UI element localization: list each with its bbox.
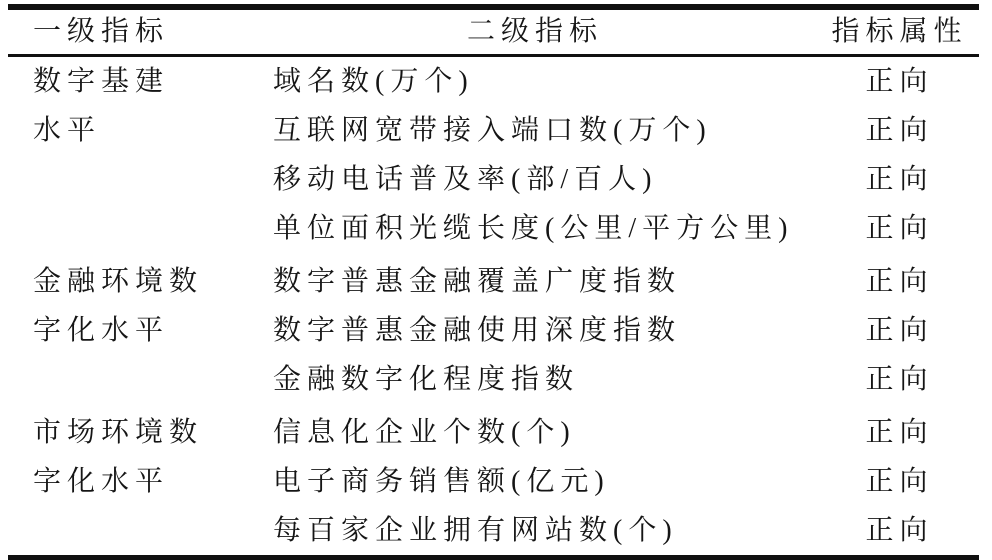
indicator-cell: 信息化企业个数(个) [250,419,820,447]
table-row: 每百家企业拥有网站数(个) 正向 [8,506,979,555]
table-row: 字化水平 电子商务销售额(亿元) 正向 [8,457,979,506]
attribute-cell: 正向 [820,268,979,296]
column-header-level1: 一级指标 [8,18,250,46]
attribute-cell: 正向 [820,166,979,194]
table-header-row: 一级指标 二级指标 指标属性 [8,10,979,54]
level1-cell: 金融环境数 [8,268,250,296]
level1-cell: 市场环境数 [8,419,250,447]
indicator-cell: 单位面积光缆长度(公里/平方公里) [250,215,820,243]
attribute-cell: 正向 [820,317,979,345]
indicator-cell: 电子商务销售额(亿元) [250,468,820,496]
table-row: 移动电话普及率(部/百人) 正向 [8,155,979,204]
table-row: 单位面积光缆长度(公里/平方公里) 正向 [8,204,979,253]
table-body: 数字基建 域名数(万个) 正向 水平 互联网宽带接入端口数(万个) 正向 移动电… [8,57,979,555]
attribute-cell: 正向 [820,468,979,496]
table-row: 字化水平 数字普惠金融使用深度指数 正向 [8,306,979,355]
indicator-cell: 金融数字化程度指数 [250,366,820,394]
column-header-level2: 二级指标 [250,18,820,46]
attribute-cell: 正向 [820,215,979,243]
level1-cell: 水平 [8,117,250,145]
indicator-cell: 移动电话普及率(部/百人) [250,166,820,194]
level1-cell: 数字基建 [8,68,250,96]
attribute-cell: 正向 [820,117,979,145]
indicator-cell: 每百家企业拥有网站数(个) [250,517,820,545]
indicator-cell: 数字普惠金融使用深度指数 [250,317,820,345]
attribute-cell: 正向 [820,366,979,394]
indicator-cell: 互联网宽带接入端口数(万个) [250,117,820,145]
indicator-cell: 域名数(万个) [250,68,820,96]
table-row: 水平 互联网宽带接入端口数(万个) 正向 [8,106,979,155]
level1-cell: 字化水平 [8,468,250,496]
table-row: 市场环境数 信息化企业个数(个) 正向 [8,408,979,457]
table-row: 金融数字化程度指数 正向 [8,355,979,404]
paper-page: 一级指标 二级指标 指标属性 数字基建 域名数(万个) 正向 水平 互联网宽带接… [0,0,992,560]
attribute-cell: 正向 [820,419,979,447]
level1-cell: 字化水平 [8,317,250,345]
indicator-cell: 数字普惠金融覆盖广度指数 [250,268,820,296]
table-row: 数字基建 域名数(万个) 正向 [8,57,979,106]
table-bottom-rule [8,555,979,560]
indicator-table: 一级指标 二级指标 指标属性 数字基建 域名数(万个) 正向 水平 互联网宽带接… [8,4,979,560]
attribute-cell: 正向 [820,68,979,96]
table-row: 金融环境数 数字普惠金融覆盖广度指数 正向 [8,257,979,306]
column-header-attribute: 指标属性 [820,18,979,46]
attribute-cell: 正向 [820,517,979,545]
